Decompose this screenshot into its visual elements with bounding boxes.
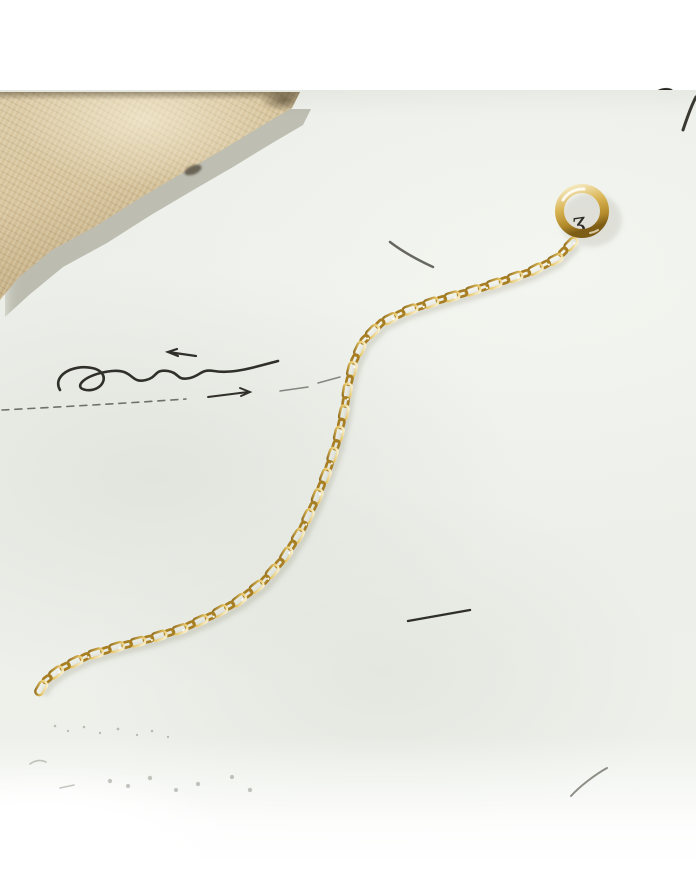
right-arrow	[208, 388, 250, 397]
chain-shadow	[44, 246, 578, 695]
underline-47	[408, 610, 470, 621]
gold-cable-chain	[34, 236, 579, 697]
small-left-arrow	[168, 349, 196, 356]
signature-flourish	[2, 349, 340, 410]
faded-speck-row-1	[54, 725, 170, 739]
faint-dashes	[280, 377, 340, 391]
faded-speck-row-2	[30, 760, 251, 791]
right-edge-stroke	[683, 97, 696, 130]
bottom-right-stroke	[571, 768, 607, 796]
descender-mark	[390, 242, 433, 267]
squiggle-stroke	[58, 361, 278, 390]
jewelry-and-ink-marks: ʒ	[0, 0, 696, 896]
dashed-rule	[2, 399, 186, 410]
product-photo-gold-chain-extender: 18 ; 34 case ompriso ; compriso teü des …	[0, 0, 696, 896]
fabric-edge-ink-smudge	[183, 162, 203, 177]
